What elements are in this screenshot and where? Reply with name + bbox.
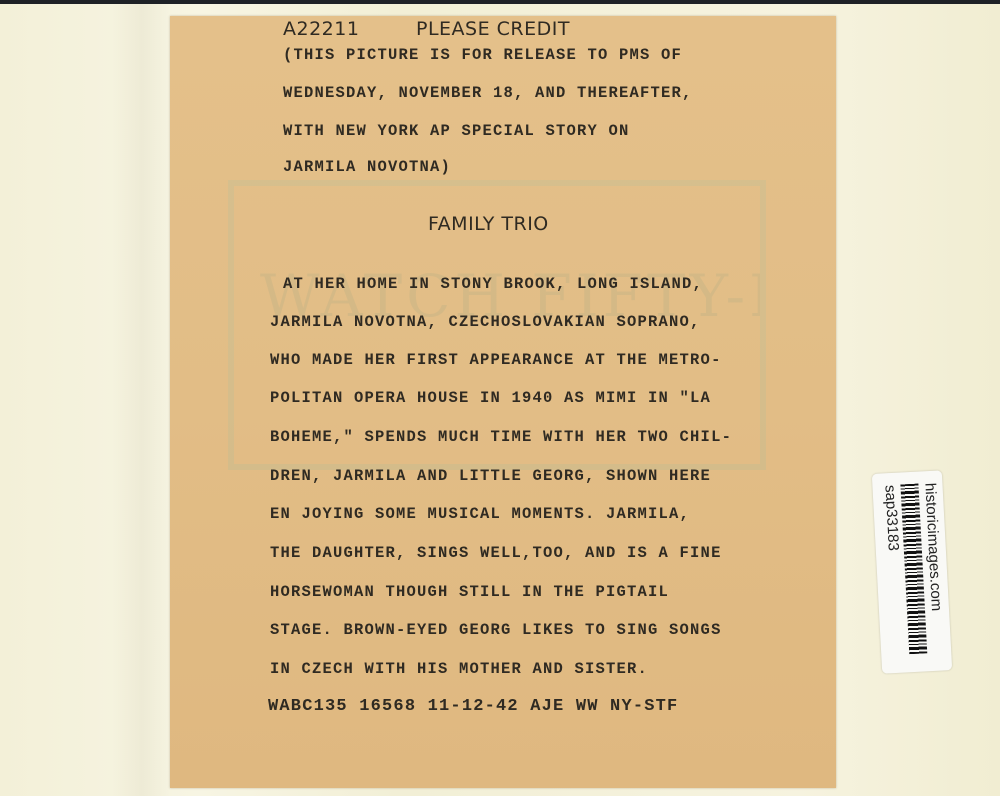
body-line-10: STAGE. BROWN-EYED GEORG LIKES TO SING SO… [270,621,722,639]
release-line-4: JARMILA NOVOTNA) [283,158,451,176]
body-line-7: EN JOYING SOME MUSICAL MOMENTS. JARMILA, [270,505,690,523]
body-line-9: HORSEWOMAN THOUGH STILL IN THE PIGTAIL [270,583,669,601]
body-line-5: BOHEME," SPENDS MUCH TIME WITH HER TWO C… [270,428,732,446]
body-line-1: AT HER HOME IN STONY BROOK, LONG ISLAND, [283,275,703,293]
body-line-6: DREN, JARMILA AND LITTLE GEORG, SHOWN HE… [270,467,711,485]
body-line-11: IN CZECH WITH HIS MOTHER AND SISTER. [270,660,648,678]
caption-title: FAMILY TRIO [428,213,549,235]
backing-crease [112,4,172,796]
archive-label: historicimages.com sap33183 [872,470,952,673]
body-line-4: POLITAN OPERA HOUSE IN 1940 AS MIMI IN "… [270,389,711,407]
release-line-3: WITH NEW YORK AP SPECIAL STORY ON [283,122,630,140]
credit-note: PLEASE CREDIT [416,18,570,40]
header-line: A22211 PLEASE CREDIT [283,18,570,40]
wire-footer: WABC135 16568 11-12-42 AJE WW NY-STF [268,697,678,716]
photo-id: A22211 [283,18,359,40]
body-line-2: JARMILA NOVOTNA, CZECHOSLOVAKIAN SOPRANO… [270,313,701,331]
release-line-1: (THIS PICTURE IS FOR RELEASE TO PMS OF [283,46,682,64]
label-site: historicimages.com [921,482,945,611]
body-line-3: WHO MADE HER FIRST APPEARANCE AT THE MET… [270,351,722,369]
release-line-2: WEDNESDAY, NOVEMBER 18, AND THEREAFTER, [283,84,693,102]
body-line-8: THE DAUGHTER, SINGS WELL,TOO, AND IS A F… [270,544,722,562]
label-code: sap33183 [881,485,901,552]
